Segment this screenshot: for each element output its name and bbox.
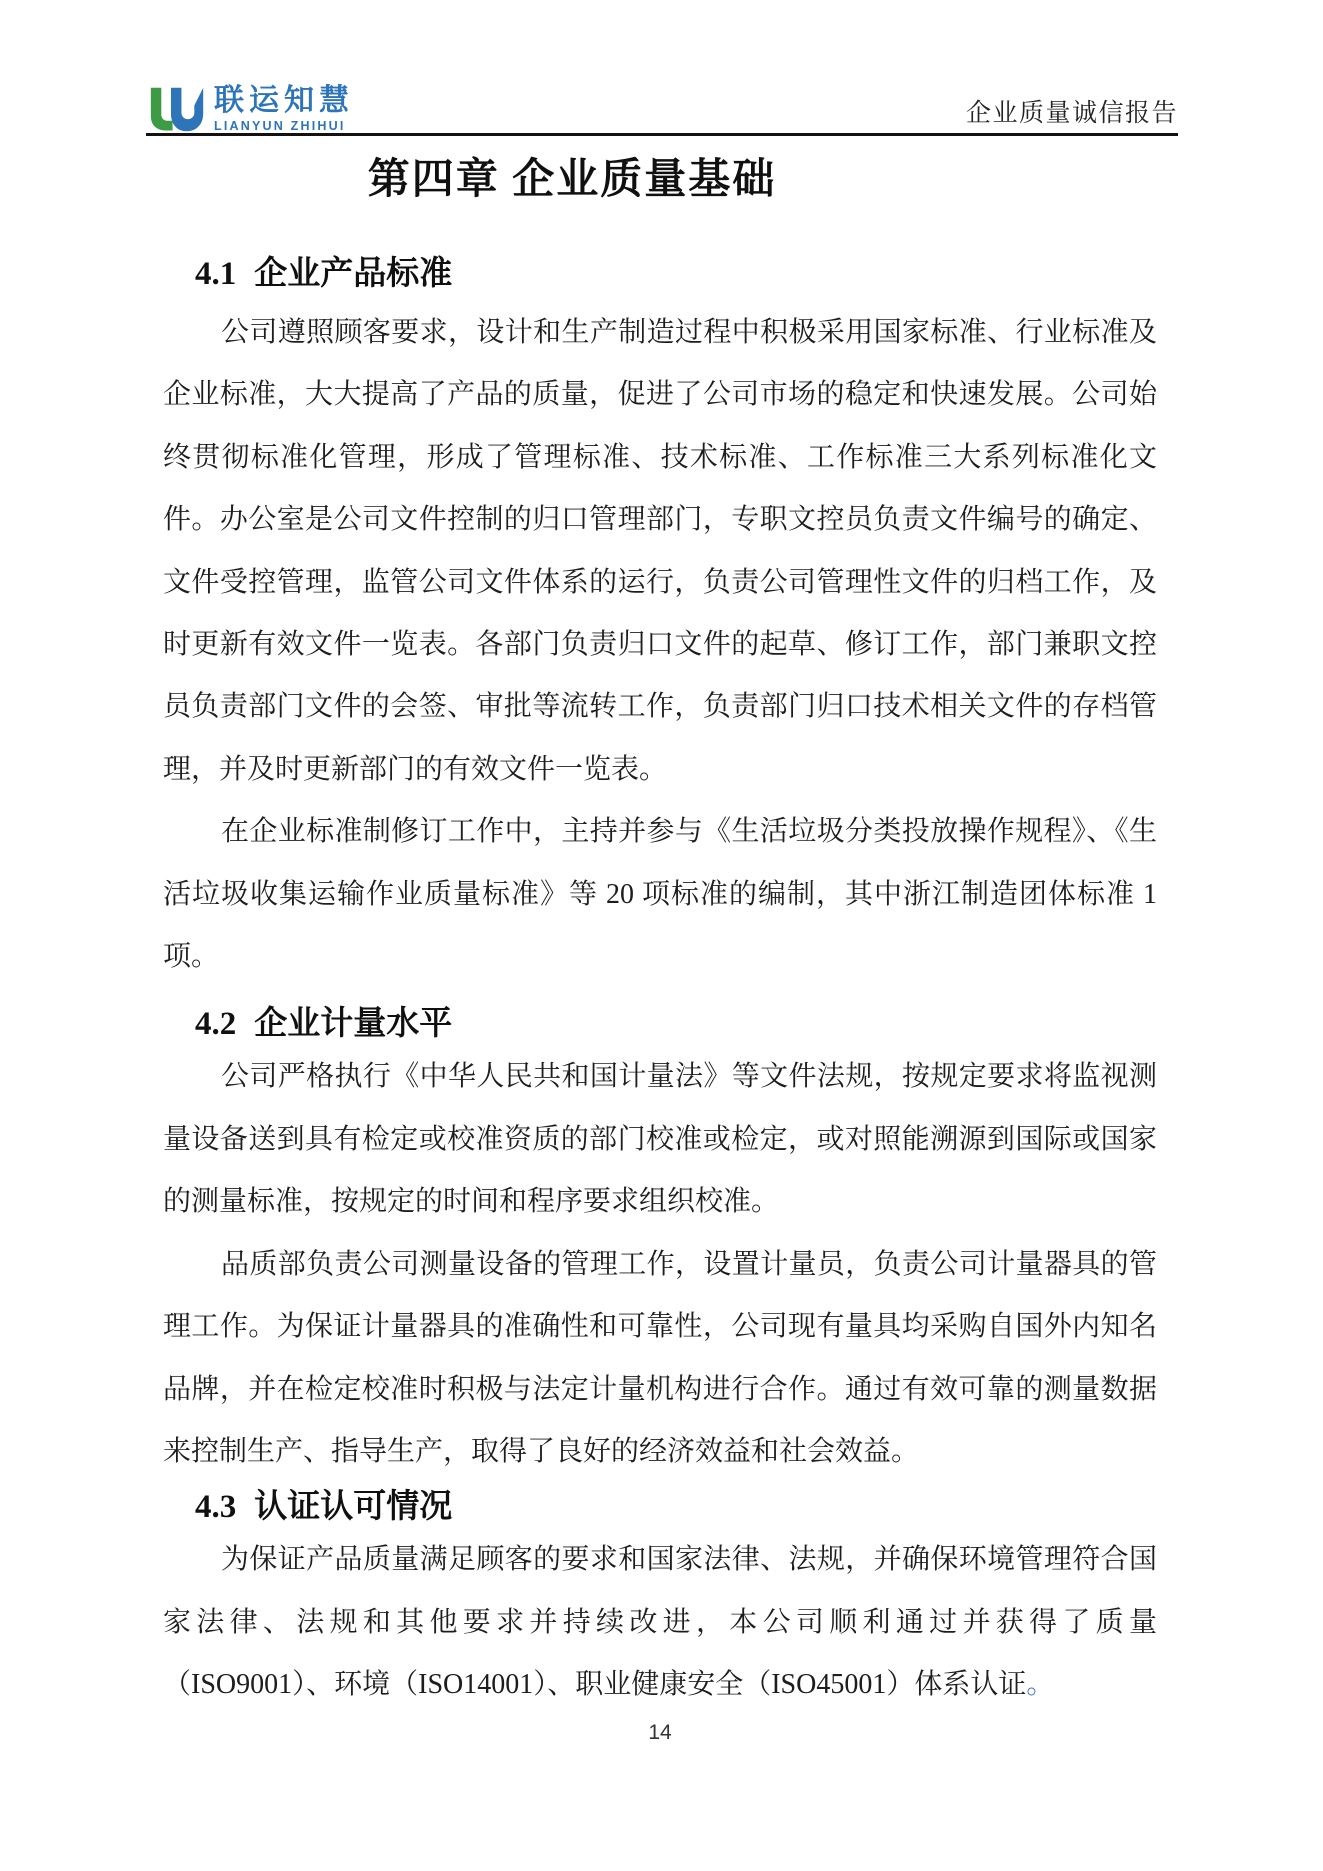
section-name: 企业计量水平: [254, 1006, 452, 1042]
document-page: 联运知慧 LIANYUN ZHIHUI 企业质量诚信报告 第四章 企业质量基础 …: [0, 0, 1323, 1871]
section-heading-4-3: 4.3认证认可情况: [163, 1485, 1157, 1529]
page-header: 联运知慧 LIANYUN ZHIHUI 企业质量诚信报告: [146, 0, 1178, 136]
section-number: 4.2: [195, 1006, 236, 1042]
logo-name-en: LIANYUN ZHIHUI: [214, 120, 354, 133]
revision-mark-period: 。: [1026, 1669, 1054, 1700]
paragraph: 为保证产品质量满足顾客的要求和国家法律、法规，并确保环境管理符合国家法律、法规和…: [163, 1529, 1157, 1716]
logo-mark-icon: [146, 86, 204, 133]
paragraph: 公司遵照顾客要求，设计和生产制造过程中积极采用国家标准、行业标准及企业标准，大大…: [163, 302, 1157, 801]
page-content: 第四章 企业质量基础 4.1企业产品标准 公司遵照顾客要求，设计和生产制造过程中…: [163, 138, 1157, 1745]
section-heading-4-2: 4.2企业计量水平: [163, 1002, 1157, 1046]
section-name: 认证认可情况: [254, 1489, 452, 1525]
logo-name-cn: 联运知慧: [214, 86, 354, 116]
chapter-title: 第四章 企业质量基础: [75, 150, 1069, 210]
paragraph: 公司严格执行《中华人民共和国计量法》等文件法规，按规定要求将监视测量设备送到具有…: [163, 1046, 1157, 1233]
section-heading-4-1: 4.1企业产品标准: [163, 252, 1157, 296]
paragraph: 在企业标准制修订工作中，主持并参与《生活垃圾分类投放操作规程》、《生活垃圾收集运…: [163, 801, 1157, 988]
section-number: 4.1: [195, 256, 236, 292]
header-doc-type: 企业质量诚信报告: [966, 93, 1178, 133]
paragraph-text: 为保证产品质量满足顾客的要求和国家法律、法规，并确保环境管理符合国家法律、法规和…: [163, 1544, 1157, 1700]
section-name: 企业产品标准: [254, 256, 452, 292]
section-number: 4.3: [195, 1489, 236, 1525]
paragraph: 品质部负责公司测量设备的管理工作，设置计量员，负责公司计量器具的管理工作。为保证…: [163, 1234, 1157, 1484]
company-logo: 联运知慧 LIANYUN ZHIHUI: [146, 86, 354, 134]
page-number: 14: [163, 1721, 1157, 1745]
logo-text: 联运知慧 LIANYUN ZHIHUI: [214, 86, 354, 134]
